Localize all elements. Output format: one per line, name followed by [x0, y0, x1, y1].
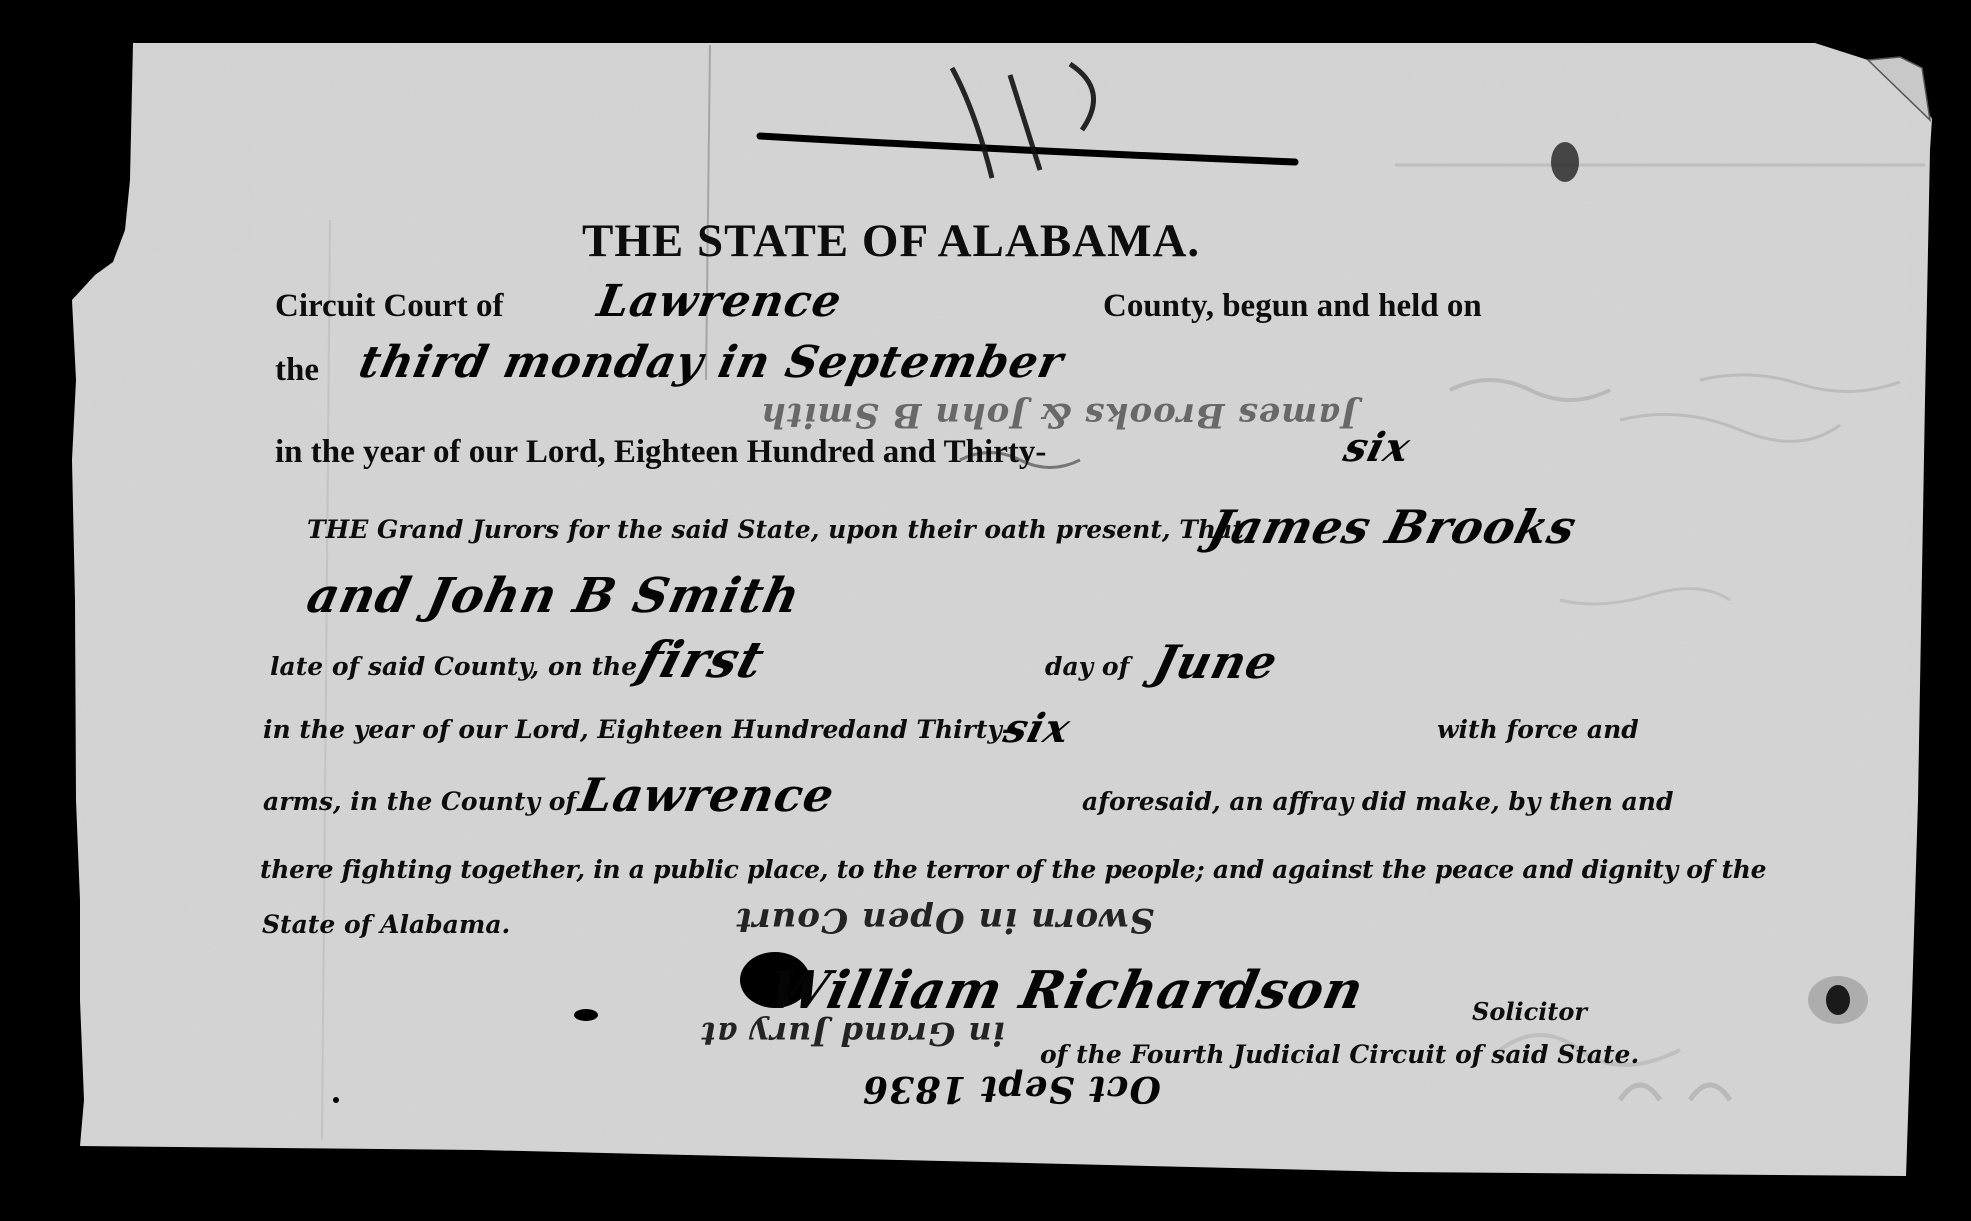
- court-prefix: Circuit Court of: [275, 288, 504, 325]
- endorsement-grand-jury-upside-down: in Grand Jury at: [700, 1015, 1005, 1053]
- solicitor-signature: William Richardson: [764, 960, 1370, 1021]
- endorsement-sworn-upside-down: Sworn in Open Court: [735, 900, 1154, 940]
- court-county-handwritten: Lawrence: [594, 276, 846, 327]
- defendant-2-handwritten: and John B Smith: [302, 568, 805, 624]
- circuit-text: of the Fourth Judicial Circuit of said S…: [1040, 1040, 1639, 1069]
- year-handwritten: six: [1339, 424, 1415, 471]
- held-date-handwritten: third monday in September: [355, 337, 1069, 388]
- year2-handwritten: six: [999, 705, 1075, 752]
- page-title: THE STATE OF ALABAMA.: [582, 214, 1200, 268]
- day-of-text: day of: [1045, 652, 1129, 681]
- grand-jurors-text: THE Grand Jurors for the said State, upo…: [307, 515, 1244, 544]
- state-end-text: State of Alabama.: [262, 910, 510, 939]
- fighting-text: there fighting together, in a public pla…: [260, 855, 1766, 884]
- arms-text: arms, in the County of: [263, 787, 576, 816]
- force-text: with force and: [1437, 715, 1639, 744]
- solicitor-label: Solicitor: [1472, 997, 1587, 1026]
- month-handwritten: June: [1148, 635, 1283, 689]
- year2-text: in the year of our Lord, Eighteen Hundre…: [263, 715, 1012, 744]
- defendant-1-handwritten: James Brooks: [1203, 500, 1582, 554]
- court-suffix: County, begun and held on: [1103, 288, 1482, 325]
- endorsement-names-upside-down: James Brooks & John B Smith: [760, 395, 1357, 435]
- affray-text: aforesaid, an affray did make, by then a…: [1082, 787, 1673, 816]
- county2-handwritten: Lawrence: [575, 768, 839, 822]
- document-page: THE STATE OF ALABAMA. Circuit Court of L…: [0, 0, 1971, 1221]
- endorsement-date-upside-down: Oct Sept 1836: [862, 1068, 1161, 1110]
- held-prefix: the: [275, 352, 319, 389]
- day-handwritten: first: [632, 630, 772, 689]
- year-text: in the year of our Lord, Eighteen Hundre…: [275, 434, 1046, 471]
- late-of-county-text: late of said County, on the: [270, 652, 637, 681]
